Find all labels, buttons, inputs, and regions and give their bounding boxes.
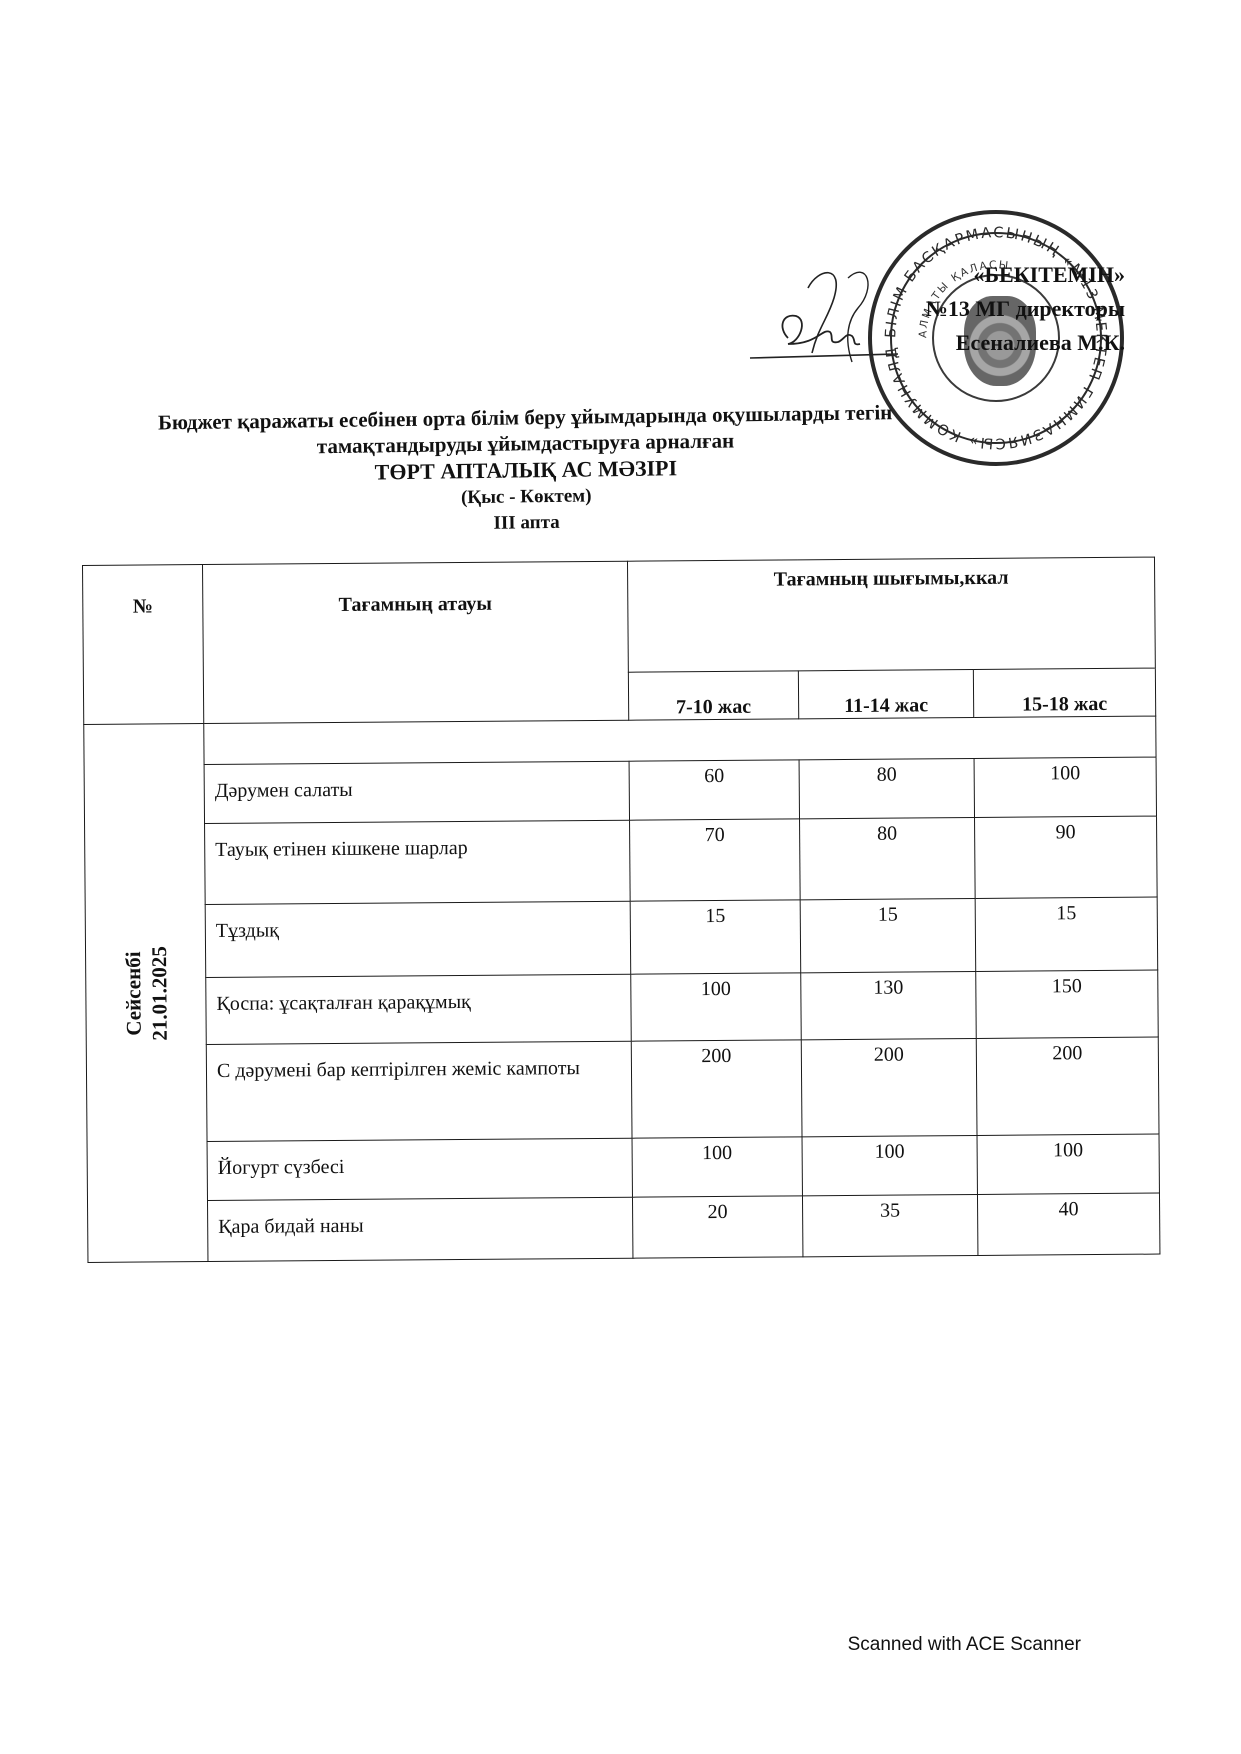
kcal-11-14: 35 — [802, 1194, 977, 1256]
kcal-7-10: 20 — [632, 1196, 802, 1258]
dish-name: Қоспа: ұсақталған қарақұмық — [206, 974, 632, 1044]
document-titles: Бюджет қаражаты есебінен орта білім беру… — [120, 399, 932, 542]
table-row: Тауық етінен кішкене шарлар 70 80 90 — [85, 816, 1158, 905]
kcal-11-14: 100 — [802, 1135, 977, 1195]
kcal-15-18: 90 — [975, 816, 1158, 898]
signature — [748, 258, 908, 368]
dish-name: Дәрумен салаты — [204, 761, 629, 823]
date: 21.01.2025 — [145, 946, 172, 1041]
header-age-11-14: 11-14 жас — [798, 669, 973, 719]
day-cell: Сейсенбі 21.01.2025 — [84, 724, 208, 1263]
header-dish-name: Тағамның атауы — [203, 561, 629, 723]
approval-block: «БЕКІТЕМІН» №13 МГ директоры Есеналиева … — [926, 258, 1125, 360]
header-output-kcal: Тағамның шығымы,ккал — [627, 557, 1155, 672]
approval-position: №13 МГ директоры — [926, 292, 1125, 326]
kcal-11-14: 15 — [800, 898, 976, 972]
table-row: Йогурт сүзбесі 100 100 100 — [87, 1134, 1159, 1201]
table-row: Дәрумен салаты 60 80 100 — [84, 757, 1156, 824]
table-row: Қара бидай наны 20 35 40 — [87, 1193, 1159, 1262]
kcal-15-18: 15 — [975, 897, 1158, 971]
weekday: Сейсенбі — [119, 946, 146, 1041]
kcal-7-10: 200 — [631, 1040, 802, 1138]
header-number: № — [83, 565, 204, 725]
dish-name: Тауық етінен кішкене шарлар — [205, 820, 631, 904]
kcal-11-14: 130 — [801, 971, 977, 1039]
dish-name: С дәрумені бар кептірілген жеміс кампоты — [206, 1041, 632, 1141]
kcal-11-14: 80 — [800, 817, 976, 899]
kcal-11-14: 200 — [801, 1038, 977, 1136]
table-row: С дәрумені бар кептірілген жеміс кампоты… — [86, 1037, 1159, 1142]
kcal-15-18: 40 — [977, 1193, 1159, 1255]
approval-heading: «БЕКІТЕМІН» — [926, 258, 1125, 292]
header-age-15-18: 15-18 жас — [973, 668, 1155, 718]
menu-table: № Тағамның атауы Тағамның шығымы,ккал 7-… — [82, 557, 1159, 1263]
approval-signer: Есеналиева М.К. — [926, 326, 1125, 360]
kcal-7-10: 100 — [632, 1137, 802, 1197]
kcal-7-10: 70 — [630, 819, 801, 901]
dish-name: Йогурт сүзбесі — [207, 1138, 632, 1200]
dish-name: Тұздық — [205, 901, 631, 977]
kcal-15-18: 100 — [977, 1134, 1159, 1194]
day-label: Сейсенбі 21.01.2025 — [119, 946, 172, 1041]
kcal-15-18: 150 — [976, 970, 1159, 1038]
table-row: Қоспа: ұсақталған қарақұмық 100 130 150 — [86, 970, 1159, 1045]
dish-name: Қара бидай наны — [207, 1197, 632, 1261]
kcal-7-10: 100 — [631, 973, 802, 1041]
header-age-7-10: 7-10 жас — [628, 671, 798, 721]
kcal-7-10: 60 — [629, 760, 799, 820]
scanner-watermark: Scanned with ACE Scanner — [848, 1634, 1081, 1656]
table-row: Тұздық 15 15 15 — [85, 897, 1158, 978]
kcal-7-10: 15 — [630, 900, 801, 974]
kcal-15-18: 100 — [974, 757, 1156, 817]
kcal-11-14: 80 — [799, 758, 974, 818]
kcal-15-18: 200 — [976, 1037, 1159, 1135]
